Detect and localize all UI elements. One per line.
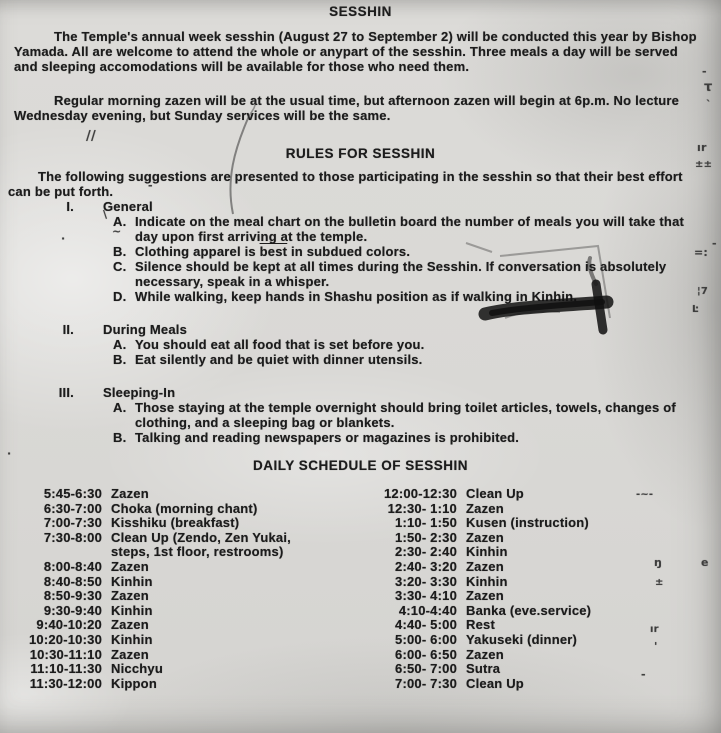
schedule-activity: Zazen [466, 560, 504, 575]
schedule-time: 8:50-9:30 [22, 589, 102, 604]
schedule-time: 2:40- 3:20 [357, 560, 457, 575]
item-text-overlined: best [260, 244, 288, 259]
schedule-time: 12:00-12:30 [357, 487, 457, 502]
rule-section-during-meals: II. During Meals [48, 322, 721, 337]
schedule-time: 6:00- 6:50 [357, 648, 457, 663]
schedule-row: 11:30-12:00 Kippon [22, 677, 357, 692]
schedule-activity: Kinhin [466, 545, 508, 560]
schedule-row: 7:00- 7:30 Clean Up [357, 677, 692, 692]
item-text: Eat silently and be quiet with dinner ut… [135, 352, 707, 367]
schedule-time: 2:30- 2:40 [357, 545, 457, 560]
schedule-time: 6:30-7:00 [22, 502, 102, 517]
schedule-row: 10:20-10:30 Kinhin [22, 633, 357, 648]
schedule-activity: Clean Up (Zendo, Zen Yukai, steps, 1st f… [111, 531, 291, 560]
schedule-activity: Zazen [111, 618, 149, 633]
item-text: While walking, keep hands in Shashu posi… [135, 289, 707, 304]
item-letter: A. [113, 214, 135, 244]
section-numeral: II. [48, 322, 74, 337]
item-text: Those staying at the temple overnight sh… [135, 400, 707, 430]
schedule-row: 7:30-8:00 Clean Up (Zendo, Zen Yukai, st… [22, 531, 357, 560]
schedule-row: 1:50- 2:30 Zazen [357, 531, 692, 546]
item-text: Talking and reading newspapers or magazi… [135, 430, 707, 445]
rule-item: A. Indicate on the meal chart on the bul… [113, 214, 707, 244]
schedule-time: 1:10- 1:50 [357, 516, 457, 531]
schedule-row: 4:10-4:40 Banka (eve.service) [357, 604, 692, 619]
schedule-time: 3:30- 4:10 [357, 589, 457, 604]
schedule-time: 3:20- 3:30 [357, 575, 457, 590]
schedule-time: 12:30- 1:10 [357, 502, 457, 517]
schedule-row: 9:40-10:20 Zazen [22, 618, 357, 633]
schedule-activity: Kinhin [111, 604, 153, 619]
schedule-row: 5:00- 6:00 Yakuseki (dinner) [357, 633, 692, 648]
item-text: Indicate on the meal chart on the bullet… [135, 214, 707, 244]
schedule-time: 9:40-10:20 [22, 618, 102, 633]
schedule-activity: Rest [466, 618, 495, 633]
rules-intro: The following suggestions are presented … [8, 169, 705, 199]
item-letter: B. [113, 430, 135, 445]
schedule-time: 5:45-6:30 [22, 487, 102, 502]
rule-section-sleeping-in: III. Sleeping-In [48, 385, 721, 400]
schedule-activity: Zazen [111, 648, 149, 663]
schedule-row: 6:50- 7:00 Sutra [357, 662, 692, 677]
schedule-time: 6:50- 7:00 [357, 662, 457, 677]
schedule-row: 12:30- 1:10 Zazen [357, 502, 692, 517]
item-letter: B. [113, 352, 135, 367]
schedule-activity: Yakuseki (dinner) [466, 633, 577, 648]
schedule-activity: Nicchyu [111, 662, 163, 677]
schedule-activity: Zazen [111, 589, 149, 604]
schedule-time: 11:10-11:30 [22, 662, 102, 677]
item-text-pre: Clothing apparel is [135, 244, 260, 259]
schedule-column-left: 5:45-6:30 Zazen 6:30-7:00 Choka (morning… [22, 487, 357, 691]
page-content: SESSHIN The Temple's annual week sesshin… [0, 0, 721, 691]
schedule-activity: Clean Up [466, 677, 524, 692]
schedule-time: 9:30-9:40 [22, 604, 102, 619]
schedule-time: 10:30-11:10 [22, 648, 102, 663]
rule-item: C. Silence should be kept at all times d… [113, 259, 707, 289]
schedule-time: 10:20-10:30 [22, 633, 102, 648]
schedule-row: 2:40- 3:20 Zazen [357, 560, 692, 575]
schedule-time: 5:00- 6:00 [357, 633, 457, 648]
schedule-row: 3:20- 3:30 Kinhin [357, 575, 692, 590]
schedule-time: 1:50- 2:30 [357, 531, 457, 546]
schedule-time: 7:30-8:00 [22, 531, 102, 560]
schedule-row: 7:00-7:30 Kisshiku (breakfast) [22, 516, 357, 531]
schedule-activity: Clean Up [466, 487, 524, 502]
schedule-activity: Kinhin [111, 633, 153, 648]
schedule-activity: Zazen [466, 589, 504, 604]
schedule-row: 2:30- 2:40 Kinhin [357, 545, 692, 560]
rule-item: D. While walking, keep hands in Shashu p… [113, 289, 707, 304]
schedule-row: 10:30-11:10 Zazen [22, 648, 357, 663]
page-title: SESSHIN [0, 0, 721, 19]
rule-item: B. Clothing apparel is best in subdued c… [113, 244, 707, 259]
schedule-time: 8:40-8:50 [22, 575, 102, 590]
daily-schedule: 5:45-6:30 Zazen 6:30-7:00 Choka (morning… [22, 487, 721, 691]
schedule-activity: Kinhin [111, 575, 153, 590]
schedule-time: 8:00-8:40 [22, 560, 102, 575]
schedule-row: 5:45-6:30 Zazen [22, 487, 357, 502]
schedule-row: 6:00- 6:50 Zazen [357, 648, 692, 663]
schedule-time: 11:30-12:00 [22, 677, 102, 692]
item-letter: A. [113, 337, 135, 352]
schedule-time: 7:00- 7:30 [357, 677, 457, 692]
schedule-activity: Kippon [111, 677, 157, 692]
item-text: You should eat all food that is set befo… [135, 337, 707, 352]
schedule-activity: Sutra [466, 662, 500, 677]
schedule-activity: Zazen [466, 648, 504, 663]
rule-item: B. Talking and reading newspapers or mag… [113, 430, 707, 445]
schedule-time: 4:10-4:40 [357, 604, 457, 619]
schedule-row: 8:00-8:40 Zazen [22, 560, 357, 575]
rule-section-general: I. General [48, 199, 721, 214]
section-title: During Meals [103, 322, 187, 337]
item-letter: A. [113, 400, 135, 430]
item-letter: C. [113, 259, 135, 289]
schedule-row: 6:30-7:00 Choka (morning chant) [22, 502, 357, 517]
schedule-activity: Kinhin [466, 575, 508, 590]
schedule-row: 8:50-9:30 Zazen [22, 589, 357, 604]
schedule-row: 12:00-12:30 Clean Up [357, 487, 692, 502]
schedule-activity: Zazen [111, 487, 149, 502]
item-text: Silence should be kept at all times duri… [135, 259, 707, 289]
schedule-row: 1:10- 1:50 Kusen (instruction) [357, 516, 692, 531]
schedule-time: 7:00-7:30 [22, 516, 102, 531]
item-text: Clothing apparel is best in subdued colo… [135, 244, 707, 259]
section-title: Sleeping-In [103, 385, 175, 400]
schedule-time: 4:40- 5:00 [357, 618, 457, 633]
schedule-activity: Kisshiku (breakfast) [111, 516, 239, 531]
rules-heading: RULES FOR SESSHIN [0, 146, 721, 161]
schedule-row: 9:30-9:40 Kinhin [22, 604, 357, 619]
intro-paragraph-2: Regular morning zazen will be at the usu… [14, 93, 701, 123]
section-numeral: III. [48, 385, 74, 400]
rule-item: A. Those staying at the temple overnight… [113, 400, 707, 430]
rule-item: B. Eat silently and be quiet with dinner… [113, 352, 707, 367]
section-title: General [103, 199, 153, 214]
intro-paragraph-1: The Temple's annual week sesshin (August… [14, 29, 701, 74]
scanned-page: SESSHIN The Temple's annual week sesshin… [0, 0, 721, 733]
schedule-row: 8:40-8:50 Kinhin [22, 575, 357, 590]
schedule-heading: DAILY SCHEDULE OF SESSHIN [0, 458, 721, 473]
schedule-activity: Zazen [111, 560, 149, 575]
rule-item: A. You should eat all food that is set b… [113, 337, 707, 352]
item-letter: D. [113, 289, 135, 304]
item-letter: B. [113, 244, 135, 259]
schedule-row: 11:10-11:30 Nicchyu [22, 662, 357, 677]
schedule-activity: Zazen [466, 502, 504, 517]
schedule-column-right: 12:00-12:30 Clean Up 12:30- 1:10 Zazen 1… [357, 487, 692, 691]
schedule-activity: Banka (eve.service) [466, 604, 591, 619]
schedule-activity: Kusen (instruction) [466, 516, 589, 531]
item-text-post: in subdued colors. [287, 244, 410, 259]
schedule-row: 4:40- 5:00 Rest [357, 618, 692, 633]
section-numeral: I. [48, 199, 74, 214]
schedule-row: 3:30- 4:10 Zazen [357, 589, 692, 604]
schedule-activity: Zazen [466, 531, 504, 546]
schedule-activity: Choka (morning chant) [111, 502, 257, 517]
